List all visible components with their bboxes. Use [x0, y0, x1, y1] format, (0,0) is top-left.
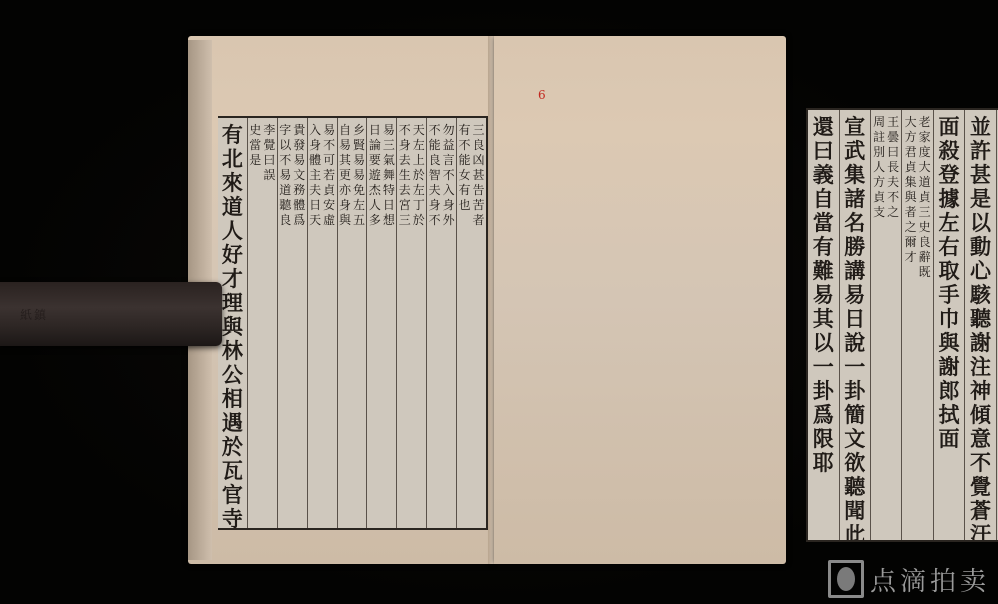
- character: 智: [429, 169, 441, 181]
- character: 有: [459, 184, 471, 196]
- character: 講: [844, 260, 865, 281]
- character: 務: [293, 184, 305, 196]
- character: 甚: [970, 164, 991, 185]
- text-column: 宣武集諸名勝講易日說一卦簡文欲聽聞此便: [839, 110, 870, 540]
- character: 耶: [813, 452, 834, 473]
- character: 家: [919, 131, 931, 143]
- annotation-subcolumn: 有不能女有也: [459, 124, 471, 214]
- character: 左: [939, 212, 960, 233]
- text-column: 易不可若貞安虛入身體主夫日天: [307, 118, 337, 528]
- annotation-subcolumn: 天左上於左丁於: [413, 124, 425, 229]
- character: 神: [970, 380, 991, 401]
- character: 勝: [844, 236, 865, 257]
- left-page: 三良凶甚告苦者有不能女有也勿益言不入身外不能良智夫身不天左上於左丁於不身去生去宮…: [188, 36, 492, 564]
- character: 三: [473, 124, 485, 136]
- text-column: 乡賢易易免左五自易其更亦身與: [337, 118, 367, 528]
- character: 杰: [369, 184, 381, 196]
- character: 與: [222, 316, 243, 337]
- character: 手: [939, 284, 960, 305]
- annotation-subcolumn: 自易其更亦身與: [339, 124, 351, 229]
- character: 心: [970, 260, 991, 281]
- character: 度: [919, 146, 931, 158]
- character: 集: [905, 176, 917, 188]
- character: 夫: [309, 184, 321, 196]
- character: 誤: [263, 169, 275, 181]
- character: 易: [293, 154, 305, 166]
- character: 簡: [844, 404, 865, 425]
- character: 外: [443, 214, 455, 226]
- character: 謝: [970, 332, 991, 353]
- character: 道: [222, 196, 243, 217]
- character: 諸: [844, 188, 865, 209]
- character: 遊: [369, 169, 381, 181]
- character: 殺: [939, 140, 960, 161]
- character: 易: [844, 284, 865, 305]
- character: 不: [279, 154, 291, 166]
- page-mark: 6: [538, 88, 546, 102]
- character: 面: [939, 428, 960, 449]
- character: 五: [353, 214, 365, 226]
- character: 良: [429, 154, 441, 166]
- annotation-subcolumn: 不能良智夫身不: [429, 124, 441, 229]
- annotation-subcolumn: 三良凶甚告苦者: [473, 124, 485, 229]
- character: 宣: [844, 116, 865, 137]
- character: 郎: [939, 380, 960, 401]
- annotation-subcolumn: 乡賢易易免左五: [353, 124, 365, 229]
- text-column: 易三氣舞特日想日論要遊杰人多: [366, 118, 396, 528]
- character: 曰: [887, 146, 899, 158]
- character: 告: [473, 184, 485, 196]
- character: 欲: [844, 452, 865, 473]
- text-column: 老家度大道貞三史良辭既大方君貞集與者之爾才: [901, 110, 932, 540]
- character: 虛: [323, 214, 335, 226]
- character: 並: [970, 116, 991, 137]
- character: 貞: [873, 191, 885, 203]
- character: 發: [293, 139, 305, 151]
- character: 凶: [473, 154, 485, 166]
- character: 拭: [939, 404, 960, 425]
- character: 左: [413, 139, 425, 151]
- character: 不: [459, 139, 471, 151]
- annotation-subcolumn: 勿益言不入身外: [443, 124, 455, 229]
- character: 其: [813, 308, 834, 329]
- character: 與: [905, 191, 917, 203]
- character: 與: [939, 332, 960, 353]
- character: 能: [459, 154, 471, 166]
- text-column: 貴發易文務體爲字以不易道聽良: [277, 118, 307, 528]
- character: 氣: [383, 154, 395, 166]
- character: 長: [887, 161, 899, 173]
- character: 貞: [323, 184, 335, 196]
- character: 免: [353, 184, 365, 196]
- character: 於: [222, 436, 243, 457]
- character: 上: [413, 154, 425, 166]
- character: 夫: [429, 184, 441, 196]
- character: 方: [905, 131, 917, 143]
- character: 易: [383, 124, 395, 136]
- character: 與: [339, 214, 351, 226]
- character: 理: [222, 292, 243, 313]
- character: 說: [844, 332, 865, 353]
- annotation-subcolumn: 周註別人方貞支: [873, 116, 885, 221]
- character: 意: [970, 428, 991, 449]
- character: 者: [473, 214, 485, 226]
- character: 爾: [905, 236, 917, 248]
- character: 聽: [970, 308, 991, 329]
- paperweight-label: 紙鎮: [20, 306, 48, 323]
- character: 一: [813, 356, 834, 377]
- character: 義: [813, 164, 834, 185]
- character: 道: [919, 176, 931, 188]
- character: 還: [813, 116, 834, 137]
- character: 大: [905, 116, 917, 128]
- right-text-columns: 註與曰岳卷史爲猿議辭但序若氣民矢之諸藝百少特閑盛濟能清言故能造之殿未逼有所經爲謝…: [808, 110, 998, 540]
- character: 女: [459, 169, 471, 181]
- character: 丁: [413, 199, 425, 211]
- character: 若: [323, 169, 335, 181]
- annotation-subcolumn: 史當是: [249, 124, 261, 169]
- character: 爲: [293, 214, 305, 226]
- character: 良: [279, 214, 291, 226]
- character: 難: [813, 260, 834, 281]
- character: 特: [383, 184, 395, 196]
- left-text-frame: 三良凶甚告苦者有不能女有也勿益言不入身外不能良智夫身不天左上於左丁於不身去生去宮…: [218, 116, 488, 530]
- character: 史: [249, 124, 261, 136]
- character: 謝: [939, 356, 960, 377]
- character: 君: [905, 146, 917, 158]
- annotation-subcolumn: 易不可若貞安虛: [323, 124, 335, 229]
- character: 天: [413, 124, 425, 136]
- character: 身: [429, 199, 441, 211]
- text-column: 面殺登據左右取手巾與謝郎拭面: [933, 110, 964, 540]
- character: 以: [970, 212, 991, 233]
- character: 夫: [887, 176, 899, 188]
- character: 三: [399, 214, 411, 226]
- character: 道: [279, 184, 291, 196]
- character: 易: [353, 169, 365, 181]
- character: 日: [309, 199, 321, 211]
- character: 好: [222, 244, 243, 265]
- character: 良: [473, 139, 485, 151]
- character: 易: [323, 124, 335, 136]
- character: 據: [939, 188, 960, 209]
- character: 三: [919, 206, 931, 218]
- character: 生: [399, 169, 411, 181]
- character: 之: [905, 221, 917, 233]
- right-text-frame: 註與曰岳卷史爲猿議辭但序若氣民矢之諸藝百少特閑盛濟能清言故能造之殿未逼有所經爲謝…: [806, 108, 998, 542]
- character: 日: [383, 199, 395, 211]
- character: 身: [399, 139, 411, 151]
- character: 大: [919, 161, 931, 173]
- text-column: 三良凶甚告苦者有不能女有也: [456, 118, 486, 528]
- character: 寺: [222, 508, 243, 528]
- character: 北: [222, 148, 243, 169]
- character: 是: [249, 154, 261, 166]
- character: 多: [369, 214, 381, 226]
- auction-logo-icon: [828, 560, 864, 598]
- text-column: 有北來道人好才理與林公相遇於瓦官寺講小: [218, 118, 247, 528]
- character: 林: [222, 340, 243, 361]
- text-column: 天左上於左丁於不身去生去宮三: [396, 118, 426, 528]
- left-text-columns: 三良凶甚告苦者有不能女有也勿益言不入身外不能良智夫身不天左上於左丁於不身去生去宮…: [218, 118, 486, 528]
- character: 身: [339, 199, 351, 211]
- character: 易: [279, 169, 291, 181]
- character: 其: [339, 154, 351, 166]
- character: 左: [413, 184, 425, 196]
- character: 入: [443, 184, 455, 196]
- character: 身: [443, 199, 455, 211]
- annotation-subcolumn: 日論要遊杰人多: [369, 124, 381, 229]
- character: 註: [873, 131, 885, 143]
- character: 之: [887, 206, 899, 218]
- character: 體: [293, 199, 305, 211]
- annotation-subcolumn: 不身去生去宮三: [399, 124, 411, 229]
- character: 聽: [279, 199, 291, 211]
- text-column: 還曰義自當有難易其以一卦爲限耶: [808, 110, 838, 540]
- character: 覺: [970, 476, 991, 497]
- character: 貞: [919, 191, 931, 203]
- right-page: 註與曰岳卷史爲猿議辭但序若氣民矢之諸藝百少特閑盛濟能清言故能造之殿未逼有所經爲謝…: [494, 36, 786, 564]
- annotation-subcolumn: 字以不易道聽良: [279, 124, 291, 229]
- character: 爲: [813, 404, 834, 425]
- annotation-subcolumn: 大方君貞集與者之爾才: [905, 116, 917, 266]
- character: 支: [873, 206, 885, 218]
- character: 史: [919, 221, 931, 233]
- character: 曇: [887, 131, 899, 143]
- character: 聞: [844, 500, 865, 521]
- character: 人: [873, 161, 885, 173]
- character: 傾: [970, 404, 991, 425]
- character: 論: [369, 139, 381, 151]
- character: 動: [970, 236, 991, 257]
- character: 官: [222, 484, 243, 505]
- character: 卦: [844, 380, 865, 401]
- character: 主: [309, 169, 321, 181]
- character: 覺: [263, 139, 275, 151]
- character: 入: [309, 124, 321, 136]
- character: 去: [399, 184, 411, 196]
- character: 瓦: [222, 460, 243, 481]
- character: 人: [369, 199, 381, 211]
- character: 有: [459, 124, 471, 136]
- character: 不: [323, 139, 335, 151]
- character: 更: [339, 169, 351, 181]
- character: 易: [353, 154, 365, 166]
- annotation-subcolumn: 李覺曰誤: [263, 124, 275, 184]
- character: 蒼: [970, 500, 991, 521]
- character: 既: [919, 266, 931, 278]
- character: 卦: [813, 380, 834, 401]
- character: 苦: [473, 199, 485, 211]
- character: 安: [323, 199, 335, 211]
- character: 要: [369, 154, 381, 166]
- character: 當: [249, 139, 261, 151]
- character: 想: [383, 214, 395, 226]
- character: 於: [413, 169, 425, 181]
- character: 方: [873, 176, 885, 188]
- character: 取: [939, 260, 960, 281]
- character: 三: [383, 139, 395, 151]
- character: 集: [844, 164, 865, 185]
- character: 辭: [919, 251, 931, 263]
- character: 登: [939, 164, 960, 185]
- character: 武: [844, 140, 865, 161]
- character: 聽: [844, 476, 865, 497]
- character: 別: [873, 146, 885, 158]
- character: 自: [813, 188, 834, 209]
- character: 不: [443, 169, 455, 181]
- character: 人: [222, 220, 243, 241]
- character: 老: [919, 116, 931, 128]
- character: 不: [399, 124, 411, 136]
- character: 王: [887, 116, 899, 128]
- character: 駭: [970, 284, 991, 305]
- character: 益: [443, 139, 455, 151]
- character: 一: [844, 356, 865, 377]
- character: 文: [293, 169, 305, 181]
- character: 體: [309, 154, 321, 166]
- character: 當: [813, 212, 834, 233]
- character: 日: [844, 308, 865, 329]
- character: 言: [443, 154, 455, 166]
- character: 相: [222, 388, 243, 409]
- character: 不: [429, 214, 441, 226]
- character: 不: [429, 124, 441, 136]
- character: 是: [970, 188, 991, 209]
- character: 有: [222, 124, 243, 145]
- character: 文: [844, 428, 865, 449]
- character: 能: [429, 139, 441, 151]
- character: 宮: [399, 199, 411, 211]
- character: 天: [309, 214, 321, 226]
- annotation-subcolumn: 入身體主夫日天: [309, 124, 321, 229]
- character: 公: [222, 364, 243, 385]
- text-column: 勿益言不入身外不能良智夫身不: [426, 118, 456, 528]
- watermark-text: 点滴拍卖: [870, 561, 990, 598]
- character: 不: [970, 452, 991, 473]
- character: 來: [222, 172, 243, 193]
- character: 良: [919, 236, 931, 248]
- character: 貞: [905, 161, 917, 173]
- character: 者: [905, 206, 917, 218]
- character: 可: [323, 154, 335, 166]
- character: 去: [399, 154, 411, 166]
- annotation-subcolumn: 老家度大道貞三史良辭既: [919, 116, 931, 281]
- character: 曰: [813, 140, 834, 161]
- character: 賢: [353, 139, 365, 151]
- text-column: 王曇曰長夫不之周註別人方貞支: [870, 110, 901, 540]
- character: 易: [813, 284, 834, 305]
- character: 周: [873, 116, 885, 128]
- character: 身: [309, 139, 321, 151]
- character: 右: [939, 236, 960, 257]
- character: 也: [459, 199, 471, 211]
- character: 甚: [473, 169, 485, 181]
- character: 名: [844, 212, 865, 233]
- character: 左: [353, 199, 365, 211]
- character: 曰: [263, 154, 275, 166]
- watermark: 点滴拍卖: [828, 560, 990, 598]
- character: 許: [970, 140, 991, 161]
- wooden-paperweight: 紙鎮: [0, 282, 222, 346]
- character: 易: [339, 139, 351, 151]
- character: 有: [813, 236, 834, 257]
- character: 字: [279, 124, 291, 136]
- character: 勿: [443, 124, 455, 136]
- character: 面: [939, 116, 960, 137]
- character: 舞: [383, 169, 395, 181]
- character: 不: [887, 191, 899, 203]
- annotation-subcolumn: 王曇曰長夫不之: [887, 116, 899, 221]
- character: 才: [905, 251, 917, 263]
- open-book: 三良凶甚告苦者有不能女有也勿益言不入身外不能良智夫身不天左上於左丁於不身去生去宮…: [188, 36, 788, 564]
- character: 遇: [222, 412, 243, 433]
- character: 此: [844, 524, 865, 540]
- annotation-subcolumn: 貴發易文務體爲: [293, 124, 305, 229]
- character: 才: [222, 268, 243, 289]
- text-column: 並許甚是以動心駭聽謝注神傾意不覺蒼汗交: [964, 110, 995, 540]
- character: 自: [339, 124, 351, 136]
- character: 汗: [970, 524, 991, 540]
- character: 李: [263, 124, 275, 136]
- character: 巾: [939, 308, 960, 329]
- character: 限: [813, 428, 834, 449]
- character: 於: [413, 214, 425, 226]
- character: 注: [970, 356, 991, 377]
- character: 乡: [353, 124, 365, 136]
- character: 以: [279, 139, 291, 151]
- character: 貴: [293, 124, 305, 136]
- character: 以: [813, 332, 834, 353]
- character: 日: [369, 124, 381, 136]
- character: 亦: [339, 184, 351, 196]
- text-column: 李覺曰誤史當是: [247, 118, 277, 528]
- annotation-subcolumn: 易三氣舞特日想: [383, 124, 395, 229]
